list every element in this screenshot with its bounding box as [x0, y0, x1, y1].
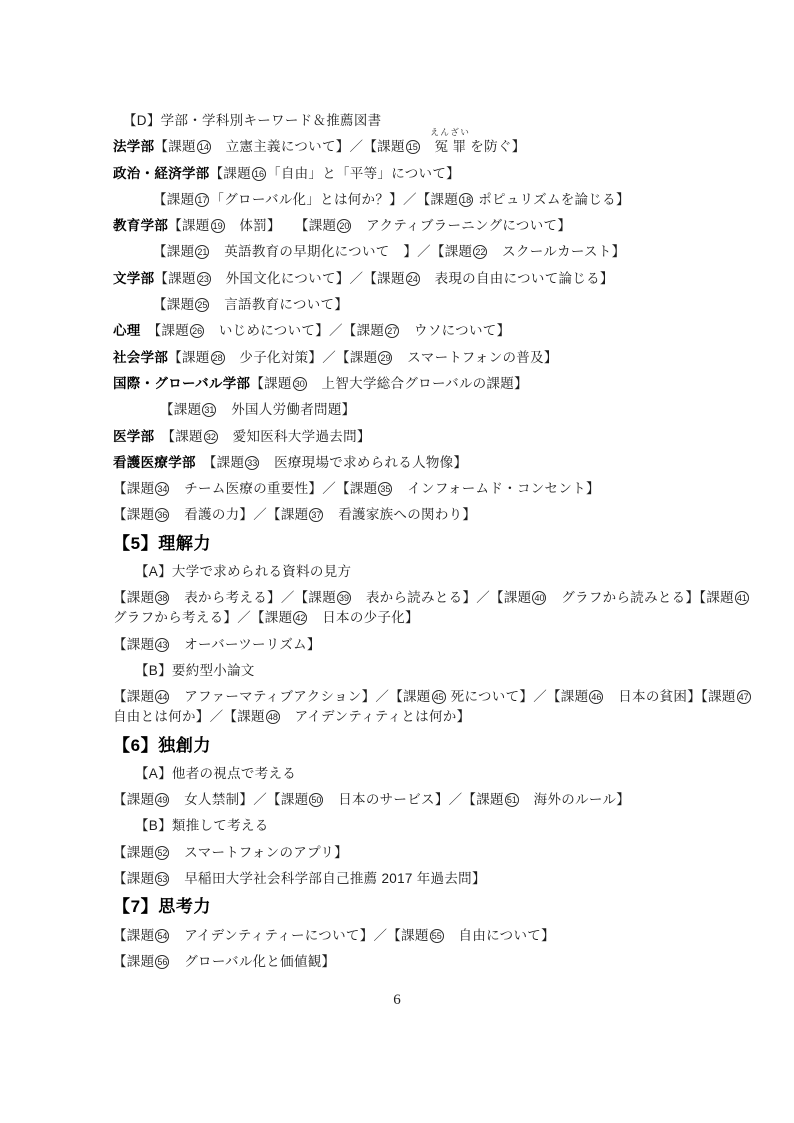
line-text: 体罰】 【課題	[226, 218, 337, 233]
circled-number: 24	[406, 272, 420, 286]
summary-topics-line-2: 自由とは何か】／【課題48 アイデンティティとは何か】	[113, 707, 689, 726]
smartphone-app-line: 【課題52 スマートフォンのアプリ】	[113, 843, 689, 862]
circled-number: 46	[589, 690, 603, 704]
circled-number: 50	[309, 793, 323, 807]
circled-number: 33	[245, 456, 259, 470]
line-text: 【課題	[154, 139, 195, 154]
line-text: 【課題	[153, 192, 194, 207]
line-text: ポピュリズムを論じる】	[474, 192, 630, 207]
circled-number: 38	[155, 591, 169, 605]
line-text: アイデンティティとは何か】	[281, 709, 471, 724]
circled-number: 19	[211, 219, 225, 233]
circled-number: 53	[155, 872, 169, 886]
summary-topics-line-1: 【課題44 アファーマティブアクション】／【課題45 死について】／【課題46 …	[113, 687, 689, 706]
line-text: 【課題	[160, 402, 201, 417]
section-6-heading: 【6】独創力	[113, 734, 689, 757]
faculty-name: 社会学部	[113, 350, 168, 365]
circled-number: 42	[293, 611, 307, 625]
line-text: 【課題	[113, 481, 154, 496]
line-text: スクールカースト】	[488, 244, 625, 259]
line-text: 言語教育について】	[210, 297, 348, 312]
faculty-name: 文学部	[113, 271, 154, 286]
page-number: 6	[0, 992, 794, 1009]
circled-number: 51	[505, 793, 519, 807]
keyword-books-line: 【D】学部・学科別キーワード＆推薦図書	[113, 111, 689, 130]
line-text: 上智大学総合グローバルの課題】	[308, 376, 528, 391]
faculty-name: 教育学部	[113, 218, 168, 233]
nursing-faculty-line: 看護医療学部 【課題33 医療現場で求められる人物像】	[113, 453, 689, 472]
line-text: 自由について】	[445, 928, 555, 943]
line-text: 【A】大学で求められる資料の見方	[135, 564, 351, 579]
line-text: 【A】他者の視点で考える	[135, 766, 296, 781]
originality-topics-line: 【課題49 女人禁制】／【課題50 日本のサービス】／【課題51 海外のルール】	[113, 790, 689, 809]
circled-number: 14	[197, 140, 211, 154]
line-text: 看護の力】／【課題	[170, 507, 308, 522]
line-text: オーバーツーリズム】	[170, 637, 320, 652]
politics-economics-topics-line-2: 【課題17「グローバル化」とは何か？】／【課題18 ポピュリズムを論じる】	[113, 190, 689, 209]
line-text: 【課題	[168, 218, 209, 233]
section-5-heading: 【5】理解力	[113, 532, 689, 555]
circled-number: 54	[155, 929, 169, 943]
line-text: 少子化対策】／【課題	[226, 350, 378, 365]
circled-number: 31	[202, 403, 216, 417]
nursing-topics-line-2: 【課題36 看護の力】／【課題37 看護家族への関わり】	[113, 505, 689, 524]
line-text: アクティブラーニングについて】	[352, 218, 571, 233]
section-6a-subheading: 【A】他者の視点で考える	[113, 764, 689, 783]
line-text: 女人禁制】／【課題	[170, 792, 308, 807]
line-text: 【課題	[210, 166, 251, 181]
circled-number: 49	[155, 793, 169, 807]
line-text: 外国文化について】／【課題	[212, 271, 405, 286]
comprehension-topics-line-2: グラフから考える】／【課題42 日本の少子化】	[113, 608, 689, 627]
line-text: 看護家族への関わり】	[324, 507, 476, 522]
circled-number: 36	[155, 508, 169, 522]
line-text: スマートフォンの普及】	[393, 350, 557, 365]
ruby-annotated-text: えんざい冤 罪	[435, 137, 467, 156]
education-faculty-line: 教育学部【課題19 体罰】 【課題20 アクティブラーニングについて】	[113, 216, 689, 235]
section-7-heading: 【7】思考力	[113, 895, 689, 918]
line-text: 【5】理解力	[113, 534, 211, 553]
circled-number: 25	[195, 298, 209, 312]
sociology-faculty-line: 社会学部【課題28 少子化対策】／【課題29 スマートフォンの普及】	[113, 348, 689, 367]
section-5b-subheading: 【B】要約型小論文	[113, 661, 689, 680]
faculty-name: 国際・グローバル学部	[113, 376, 250, 391]
line-text: 日本のサービス】／【課題	[324, 792, 503, 807]
line-text: 【B】要約型小論文	[135, 663, 255, 678]
line-text: 【6】独創力	[113, 736, 211, 755]
line-text: インフォームド・コンセント】	[393, 481, 599, 496]
circled-number: 37	[309, 508, 323, 522]
circled-number: 41	[735, 591, 749, 605]
circled-number: 26	[190, 324, 204, 338]
line-text: 【課題	[113, 507, 154, 522]
line-text: 表から考える】／【課題	[170, 590, 336, 605]
line-text: を防ぐ】	[466, 139, 525, 154]
line-text: 【課題	[153, 297, 194, 312]
circled-number: 28	[211, 351, 225, 365]
line-text: グラフから考える】／【課題	[113, 610, 292, 625]
international-global-faculty-line: 国際・グローバル学部【課題30 上智大学総合グローバルの課題】	[113, 374, 689, 393]
line-text: 表現の自由について論じる】	[421, 271, 614, 286]
line-text: 「グローバル化」とは何か？】／【課題	[210, 192, 458, 207]
circled-number: 20	[337, 219, 351, 233]
comprehension-topics-line-1: 【課題38 表から考える】／【課題39 表から読みとる】／【課題40 グラフから…	[113, 588, 689, 607]
line-text: 【7】思考力	[113, 897, 211, 916]
circled-number: 30	[293, 377, 307, 391]
line-text: 【課題	[113, 928, 154, 943]
line-text: 死について】／【課題	[447, 689, 589, 704]
line-text: 外国人労働者問題】	[217, 402, 355, 417]
circled-number: 40	[532, 591, 546, 605]
circled-number: 18	[459, 193, 473, 207]
document-body: 【D】学部・学科別キーワード＆推薦図書法学部【課題14 立憲主義について】／【課…	[113, 111, 689, 978]
circled-number: 21	[195, 245, 209, 259]
line-text: アファーマティブアクション】／【課題	[170, 689, 430, 704]
circled-number: 34	[155, 482, 169, 496]
circled-number: 43	[155, 638, 169, 652]
line-text: 日本の少子化】	[308, 610, 418, 625]
circled-number: 47	[737, 690, 751, 704]
line-text: 【課題	[154, 271, 195, 286]
line-text: グローバル化と価値観】	[170, 954, 335, 969]
overtourism-line: 【課題43 オーバーツーリズム】	[113, 635, 689, 654]
line-text: 【課題	[141, 323, 189, 338]
circled-number: 56	[155, 955, 169, 969]
psychology-line: 心理 【課題26 いじめについて】／【課題27 ウソについて】	[113, 321, 689, 340]
circled-number: 32	[204, 430, 218, 444]
international-global-topics-line-2: 【課題31 外国人労働者問題】	[113, 400, 689, 419]
line-text: 【課題	[113, 845, 154, 860]
line-text: 自由とは何か】／【課題	[113, 709, 265, 724]
line-text: 【課題	[168, 350, 209, 365]
line-text: 立憲主義について】／【課題	[212, 139, 405, 154]
line-text: 【課題	[250, 376, 291, 391]
education-topics-line-2: 【課題21 英語教育の早期化について 】／【課題22 スクールカースト】	[113, 242, 689, 261]
line-text: スマートフォンのアプリ】	[170, 845, 348, 860]
section-5a-subheading: 【A】大学で求められる資料の見方	[113, 562, 689, 581]
medicine-faculty-line: 医学部 【課題32 愛知医科大学過去問】	[113, 427, 689, 446]
line-text: 英語教育の早期化について 】／【課題	[210, 244, 472, 259]
line-text: 【課題	[113, 871, 154, 886]
section-6b-subheading: 【B】類推して考える	[113, 816, 689, 835]
circled-number: 27	[385, 324, 399, 338]
faculty-name: 法学部	[113, 139, 154, 154]
politics-economics-faculty-line: 政治・経済学部【課題16「自由」と「平等」について】	[113, 164, 689, 183]
line-text: 愛知医科大学過去問】	[219, 429, 371, 444]
document-page: 【D】学部・学科別キーワード＆推薦図書法学部【課題14 立憲主義について】／【課…	[0, 0, 794, 1123]
line-text: 表から読みとる】／【課題	[352, 590, 531, 605]
circled-number: 29	[378, 351, 392, 365]
circled-number: 15	[406, 140, 420, 154]
line-text: 医療現場で求められる人物像】	[260, 455, 467, 470]
nursing-topics-line-1: 【課題34 チーム医療の重要性】／【課題35 インフォームド・コンセント】	[113, 479, 689, 498]
line-text: 日本の貧困】【課題	[604, 689, 735, 704]
line-text	[421, 139, 435, 154]
furigana-label: えんざい	[430, 127, 470, 137]
line-text: 【課題	[154, 429, 202, 444]
line-text: 海外のルール】	[520, 792, 630, 807]
line-text: 【B】類推して考える	[135, 818, 269, 833]
line-text: 「自由」と「平等」について】	[267, 166, 460, 181]
circled-number: 35	[378, 482, 392, 496]
circled-number: 52	[155, 846, 169, 860]
literature-faculty-line: 文学部【課題23 外国文化について】／【課題24 表現の自由について論じる】	[113, 269, 689, 288]
circled-number: 44	[155, 690, 169, 704]
line-text: アイデンティティーについて】／【課題	[170, 928, 428, 943]
line-text: 【課題	[113, 954, 154, 969]
line-text: いじめについて】／【課題	[205, 323, 384, 338]
circled-number: 48	[266, 710, 280, 724]
circled-number: 16	[252, 167, 266, 181]
thinking-topics-line: 【課題54 アイデンティティーについて】／【課題55 自由について】	[113, 926, 689, 945]
line-text: 早稲田大学社会科学部自己推薦 2017 年過去問】	[170, 871, 485, 886]
globalization-values-line: 【課題56 グローバル化と価値観】	[113, 952, 689, 971]
law-faculty-line: 法学部【課題14 立憲主義について】／【課題15 えんざい冤 罪 を防ぐ】	[113, 137, 689, 156]
circled-number: 22	[473, 245, 487, 259]
line-text: チーム医療の重要性】／【課題	[170, 481, 377, 496]
literature-topics-line-2: 【課題25 言語教育について】	[113, 295, 689, 314]
line-text: 【課題	[113, 689, 154, 704]
circled-number: 17	[195, 193, 209, 207]
circled-number: 55	[430, 929, 444, 943]
faculty-name: 看護医療学部	[113, 455, 196, 470]
line-text: ウソについて】	[400, 323, 510, 338]
line-text: グラフから読みとる】【課題	[547, 590, 733, 605]
faculty-name: 心理	[113, 323, 141, 338]
faculty-name: 政治・経済学部	[113, 166, 210, 181]
waseda-past-exam-line: 【課題53 早稲田大学社会科学部自己推薦 2017 年過去問】	[113, 869, 689, 888]
line-text: 【課題	[196, 455, 244, 470]
line-text: 【課題	[113, 792, 154, 807]
circled-number: 45	[432, 690, 446, 704]
line-text: 【課題	[113, 637, 154, 652]
line-text: 【D】学部・学科別キーワード＆推薦図書	[123, 113, 381, 128]
line-text: 【課題	[153, 244, 194, 259]
faculty-name: 医学部	[113, 429, 154, 444]
circled-number: 39	[337, 591, 351, 605]
circled-number: 23	[197, 272, 211, 286]
line-text: 【課題	[113, 590, 154, 605]
